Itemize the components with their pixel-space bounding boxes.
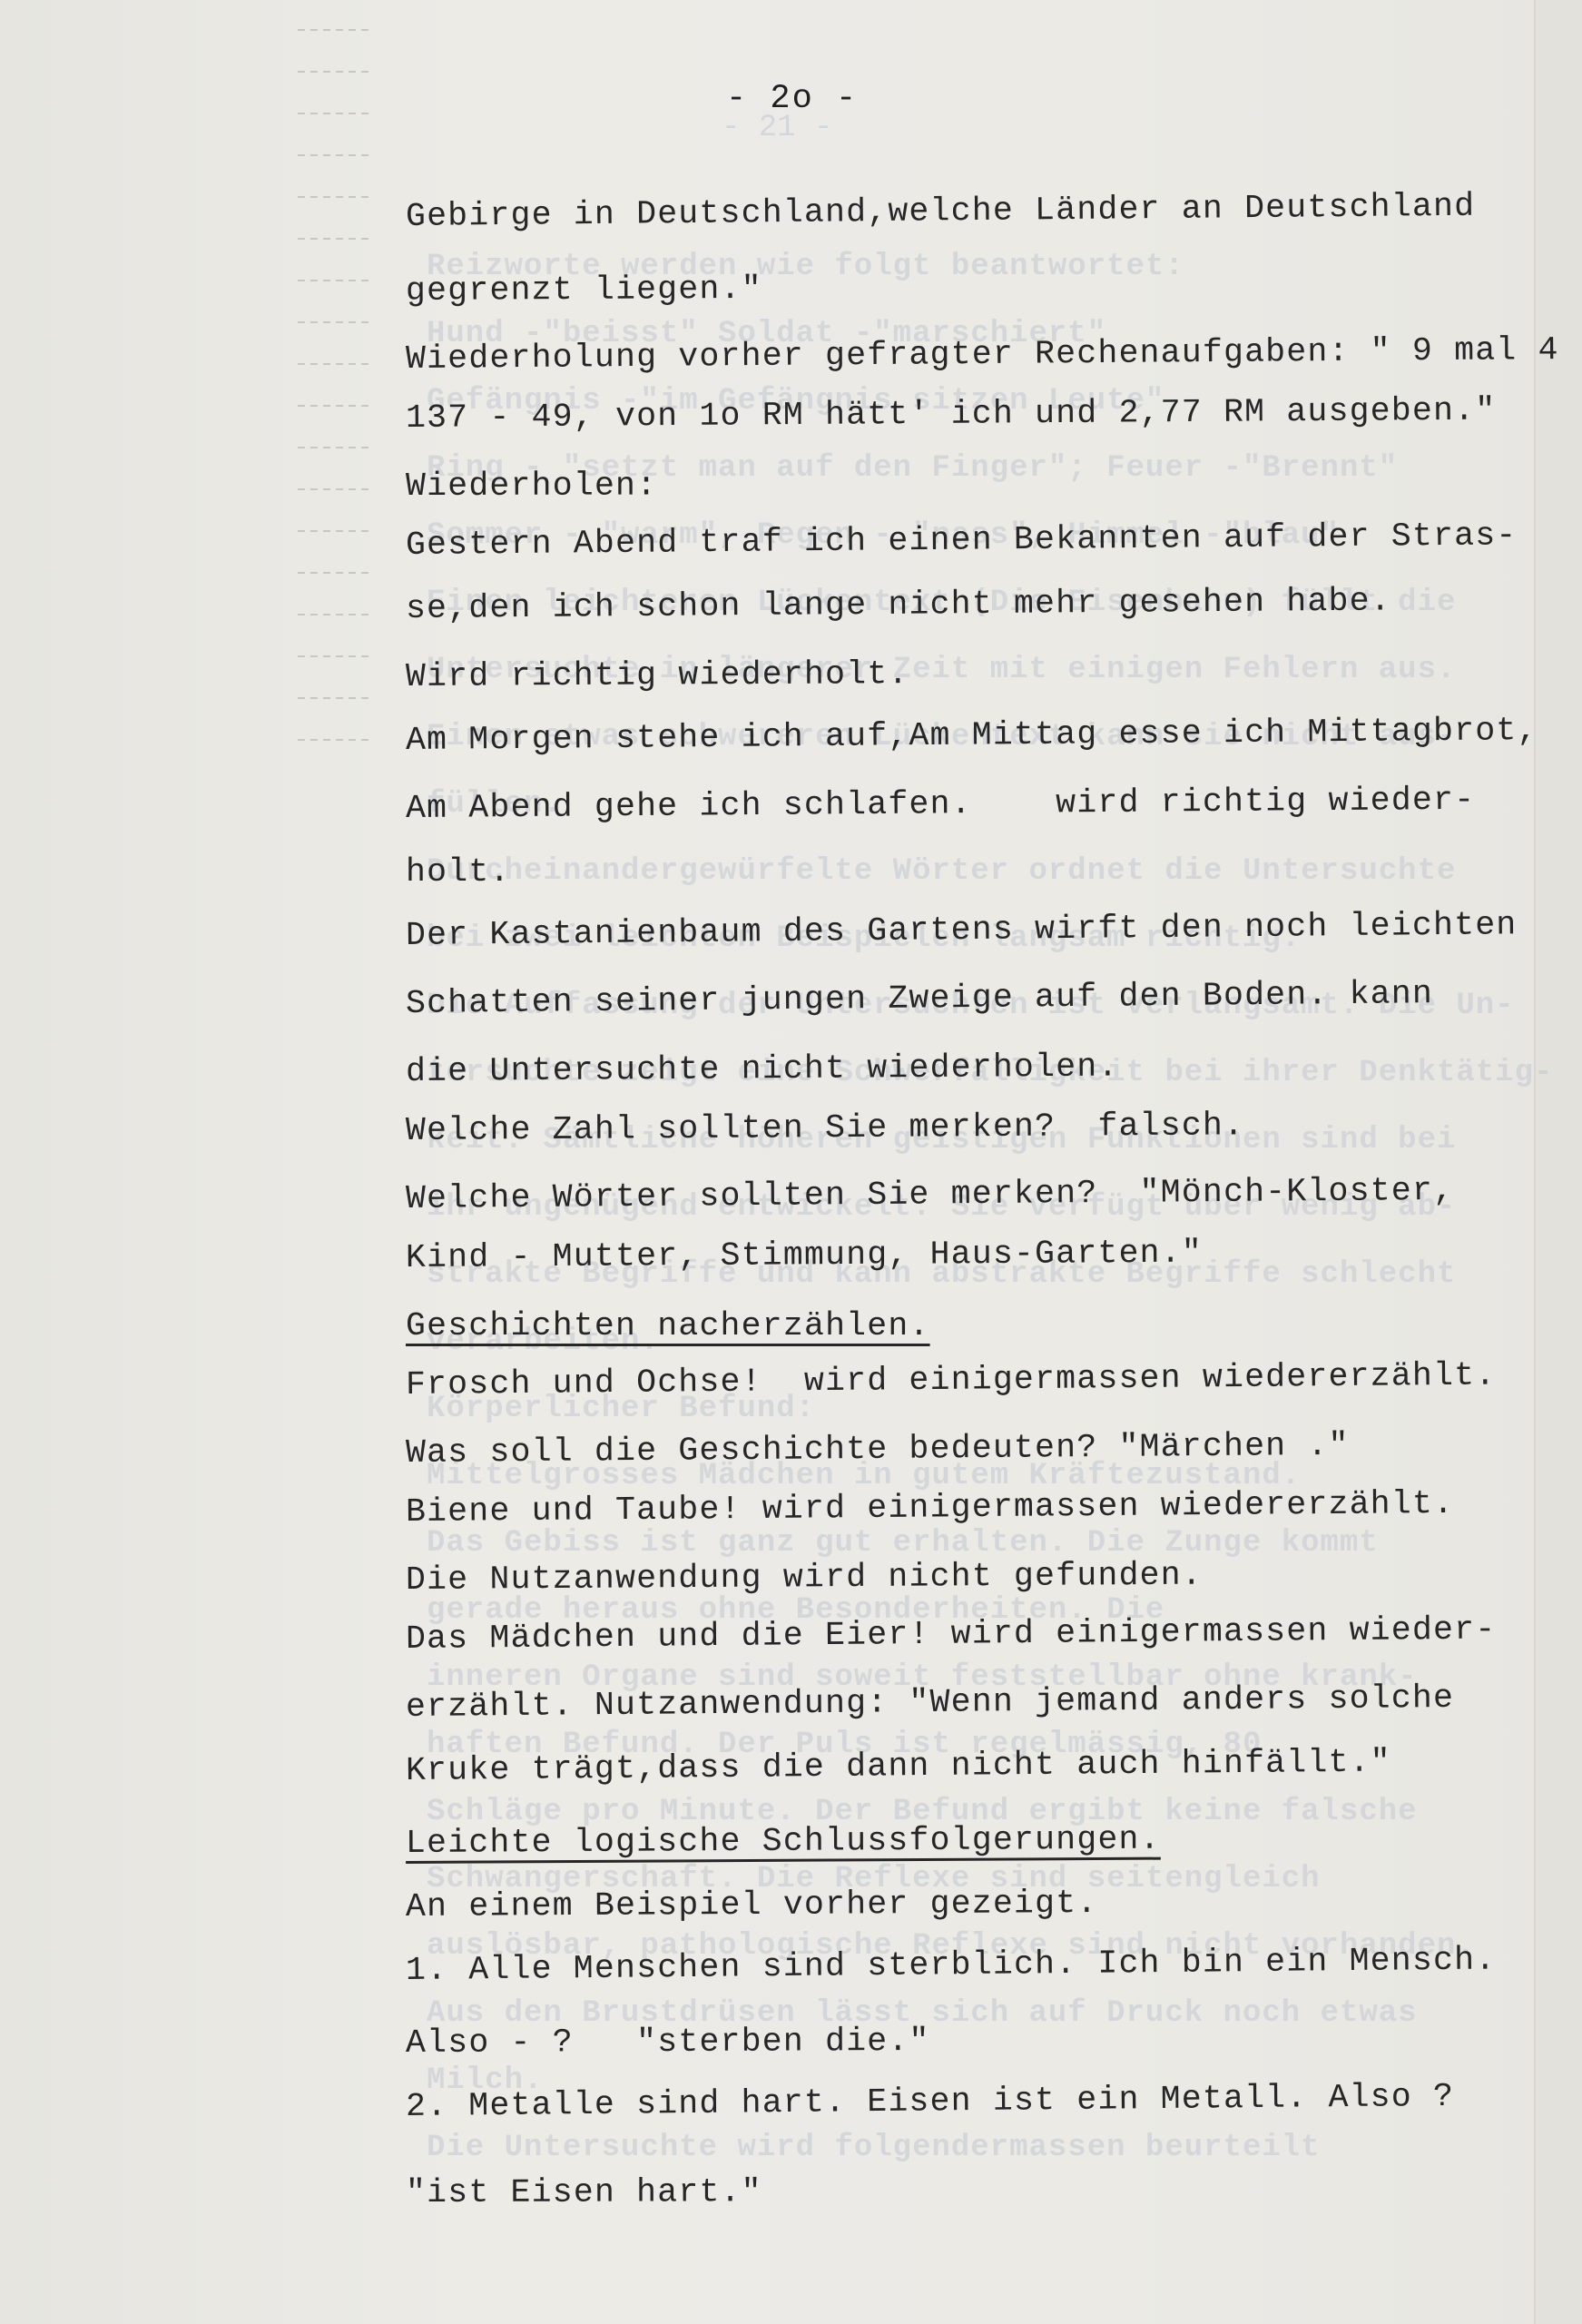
text-line: An einem Beispiel vorher gezeigt. [406,1885,1098,1925]
margin-tick [298,113,370,114]
text-line: Was soll die Geschichte bedeuten? "Märch… [406,1427,1350,1472]
margin-tick [298,29,370,31]
text-line: Welche Zahl sollten Sie merken? falsch. [406,1107,1244,1149]
text-line: Wiederholen: [406,468,657,505]
text-line: gegrenzt liegen." [406,271,762,310]
margin-tick [298,697,370,699]
text-line: Kind - Mutter, Stimmung, Haus-Garten." [406,1235,1203,1276]
margin-tick [298,488,370,490]
margin-tick [298,572,370,574]
text-line: se,den ich schon lange nicht mehr gesehe… [406,582,1391,627]
page-number: - 2o - [726,80,858,118]
text-line: Wird richtig wiederholt. [406,655,909,695]
margin-tick [298,71,370,73]
text-line: Die Nutzanwendung wird nicht gefunden. [406,1557,1203,1599]
margin-tick [298,238,370,240]
margin-tick [298,530,370,532]
margin-tick [298,405,370,407]
text-line: Also - ? "sterben die." [406,2023,930,2062]
margin-tick [298,196,370,198]
margin-tick [298,154,370,156]
section-heading: Leichte logische Schlussfolgerungen. [406,1821,1161,1862]
show-through-line: Das Gebiss ist ganz gut erhalten. Die Zu… [427,1526,1534,1561]
margin-tick [298,363,370,365]
margin-tick [298,739,370,741]
text-line: holt. [406,853,511,891]
margin-tick [298,321,370,323]
margin-tick [298,280,370,281]
margin-tick [298,614,370,615]
margin-tick [298,447,370,448]
text-line: 137 - 49, von 1o RM hätt' ich und 2,77 R… [406,392,1497,437]
text-line: "ist Eisen hart." [406,2173,762,2211]
show-through-line: Die Untersuchte wird folgendermassen beu… [427,2131,1534,2165]
text-line: die Untersuchte nicht wiederholen. [406,1049,1119,1090]
section-heading: Geschichten nacherzählen. [406,1307,930,1344]
show-through-line: Durcheinandergewürfelte Wörter ordnet di… [427,854,1534,889]
margin-tick [298,655,370,657]
